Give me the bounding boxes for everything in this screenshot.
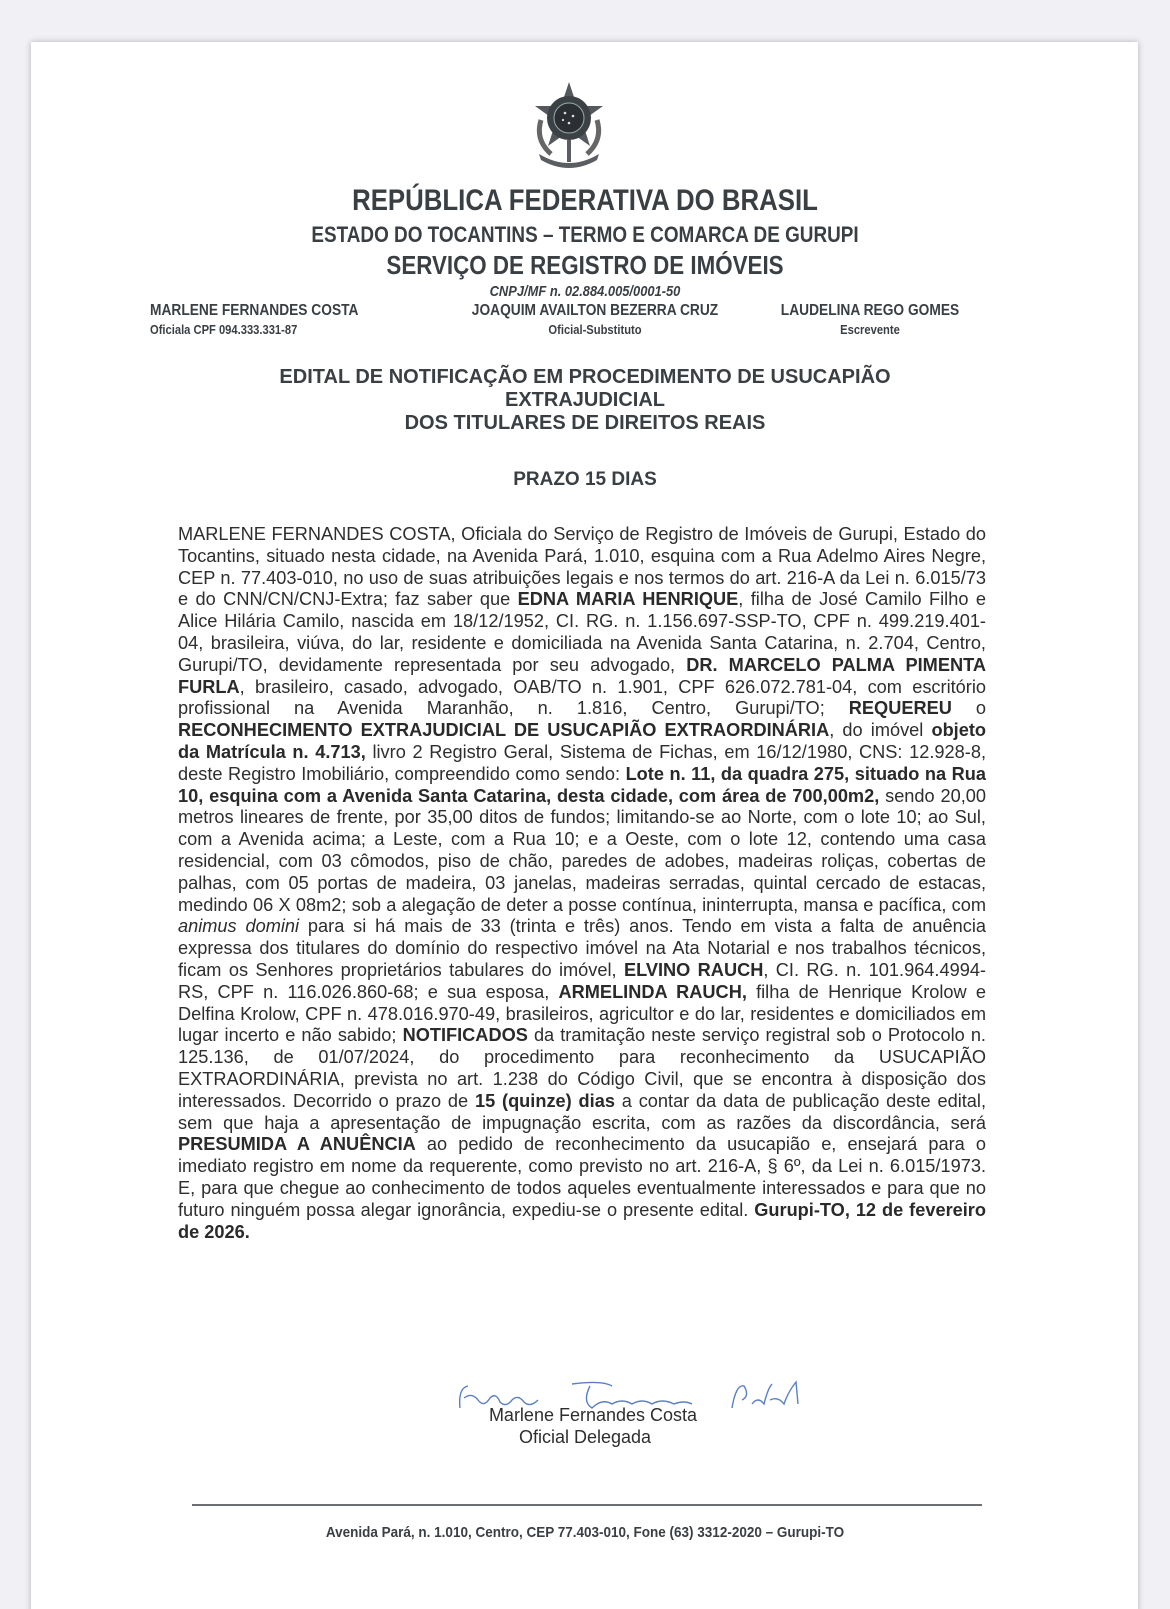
edital-title: EDITAL DE NOTIFICAÇÃO EM PROCEDIMENTO DE…: [0, 366, 1170, 435]
staff-name: MARLENE FERNANDES COSTA: [150, 302, 408, 320]
staff-substitute: JOAQUIM AVAILTON BEZERRA CRUZ Oficial-Su…: [462, 302, 729, 337]
staff-role: Oficiala CPF 094.333.331-87: [150, 322, 408, 337]
body-emphasis: ARMELINDA RAUCH,: [559, 982, 747, 1002]
signer-name: Marlene Fernandes Costa: [8, 1405, 1170, 1426]
body-italic: animus domini: [178, 916, 299, 936]
signer-role: Oficial Delegada: [0, 1427, 1170, 1448]
body-emphasis: 15 (quinze) dias: [475, 1091, 615, 1111]
staff-officer: MARLENE FERNANDES COSTA Oficiala CPF 094…: [150, 302, 408, 337]
staff-role: Escrevente: [771, 322, 969, 337]
footer-address: Avenida Pará, n. 1.010, Centro, CEP 77.4…: [59, 1524, 1112, 1541]
brazil-coat-of-arms-icon: [531, 80, 607, 176]
title-line-1: EDITAL DE NOTIFICAÇÃO EM PROCEDIMENTO DE…: [0, 366, 1170, 389]
body-emphasis: REQUEREU: [849, 698, 952, 718]
staff-name: LAUDELINA REGO GOMES: [771, 302, 969, 320]
body-emphasis: NOTIFICADOS: [403, 1025, 528, 1045]
deadline-heading: PRAZO 15 DIAS: [0, 469, 1170, 491]
title-line-3: DOS TITULARES DE DIREITOS REAIS: [0, 412, 1170, 435]
title-line-2: EXTRAJUDICIAL: [0, 389, 1170, 412]
body-emphasis: RECONHECIMENTO EXTRAJUDICIAL DE USUCAPIÃ…: [178, 720, 829, 740]
header-state: ESTADO DO TOCANTINS – TERMO E COMARCA DE…: [82, 222, 1088, 248]
body-text-run: o: [952, 698, 986, 718]
header-country: REPÚBLICA FEDERATIVA DO BRASIL: [82, 184, 1088, 218]
body-emphasis: ELVINO RAUCH: [624, 960, 763, 980]
body-emphasis: EDNA MARIA HENRIQUE: [518, 589, 739, 609]
header-cnpj: CNPJ/MF n. 02.884.005/0001-50: [82, 283, 1088, 300]
staff-name: JOAQUIM AVAILTON BEZERRA CRUZ: [462, 302, 729, 320]
footer-divider: [192, 1504, 982, 1506]
staff-role: Oficial-Substituto: [462, 322, 729, 337]
header-service: SERVIÇO DE REGISTRO DE IMÓVEIS: [82, 250, 1088, 281]
body-emphasis: PRESUMIDA A ANUÊNCIA: [178, 1134, 416, 1154]
edital-body: MARLENE FERNANDES COSTA, Oficiala do Ser…: [178, 524, 986, 1243]
body-text-run: , do imóvel: [829, 720, 931, 740]
staff-clerk: LAUDELINA REGO GOMES Escrevente: [771, 302, 969, 337]
